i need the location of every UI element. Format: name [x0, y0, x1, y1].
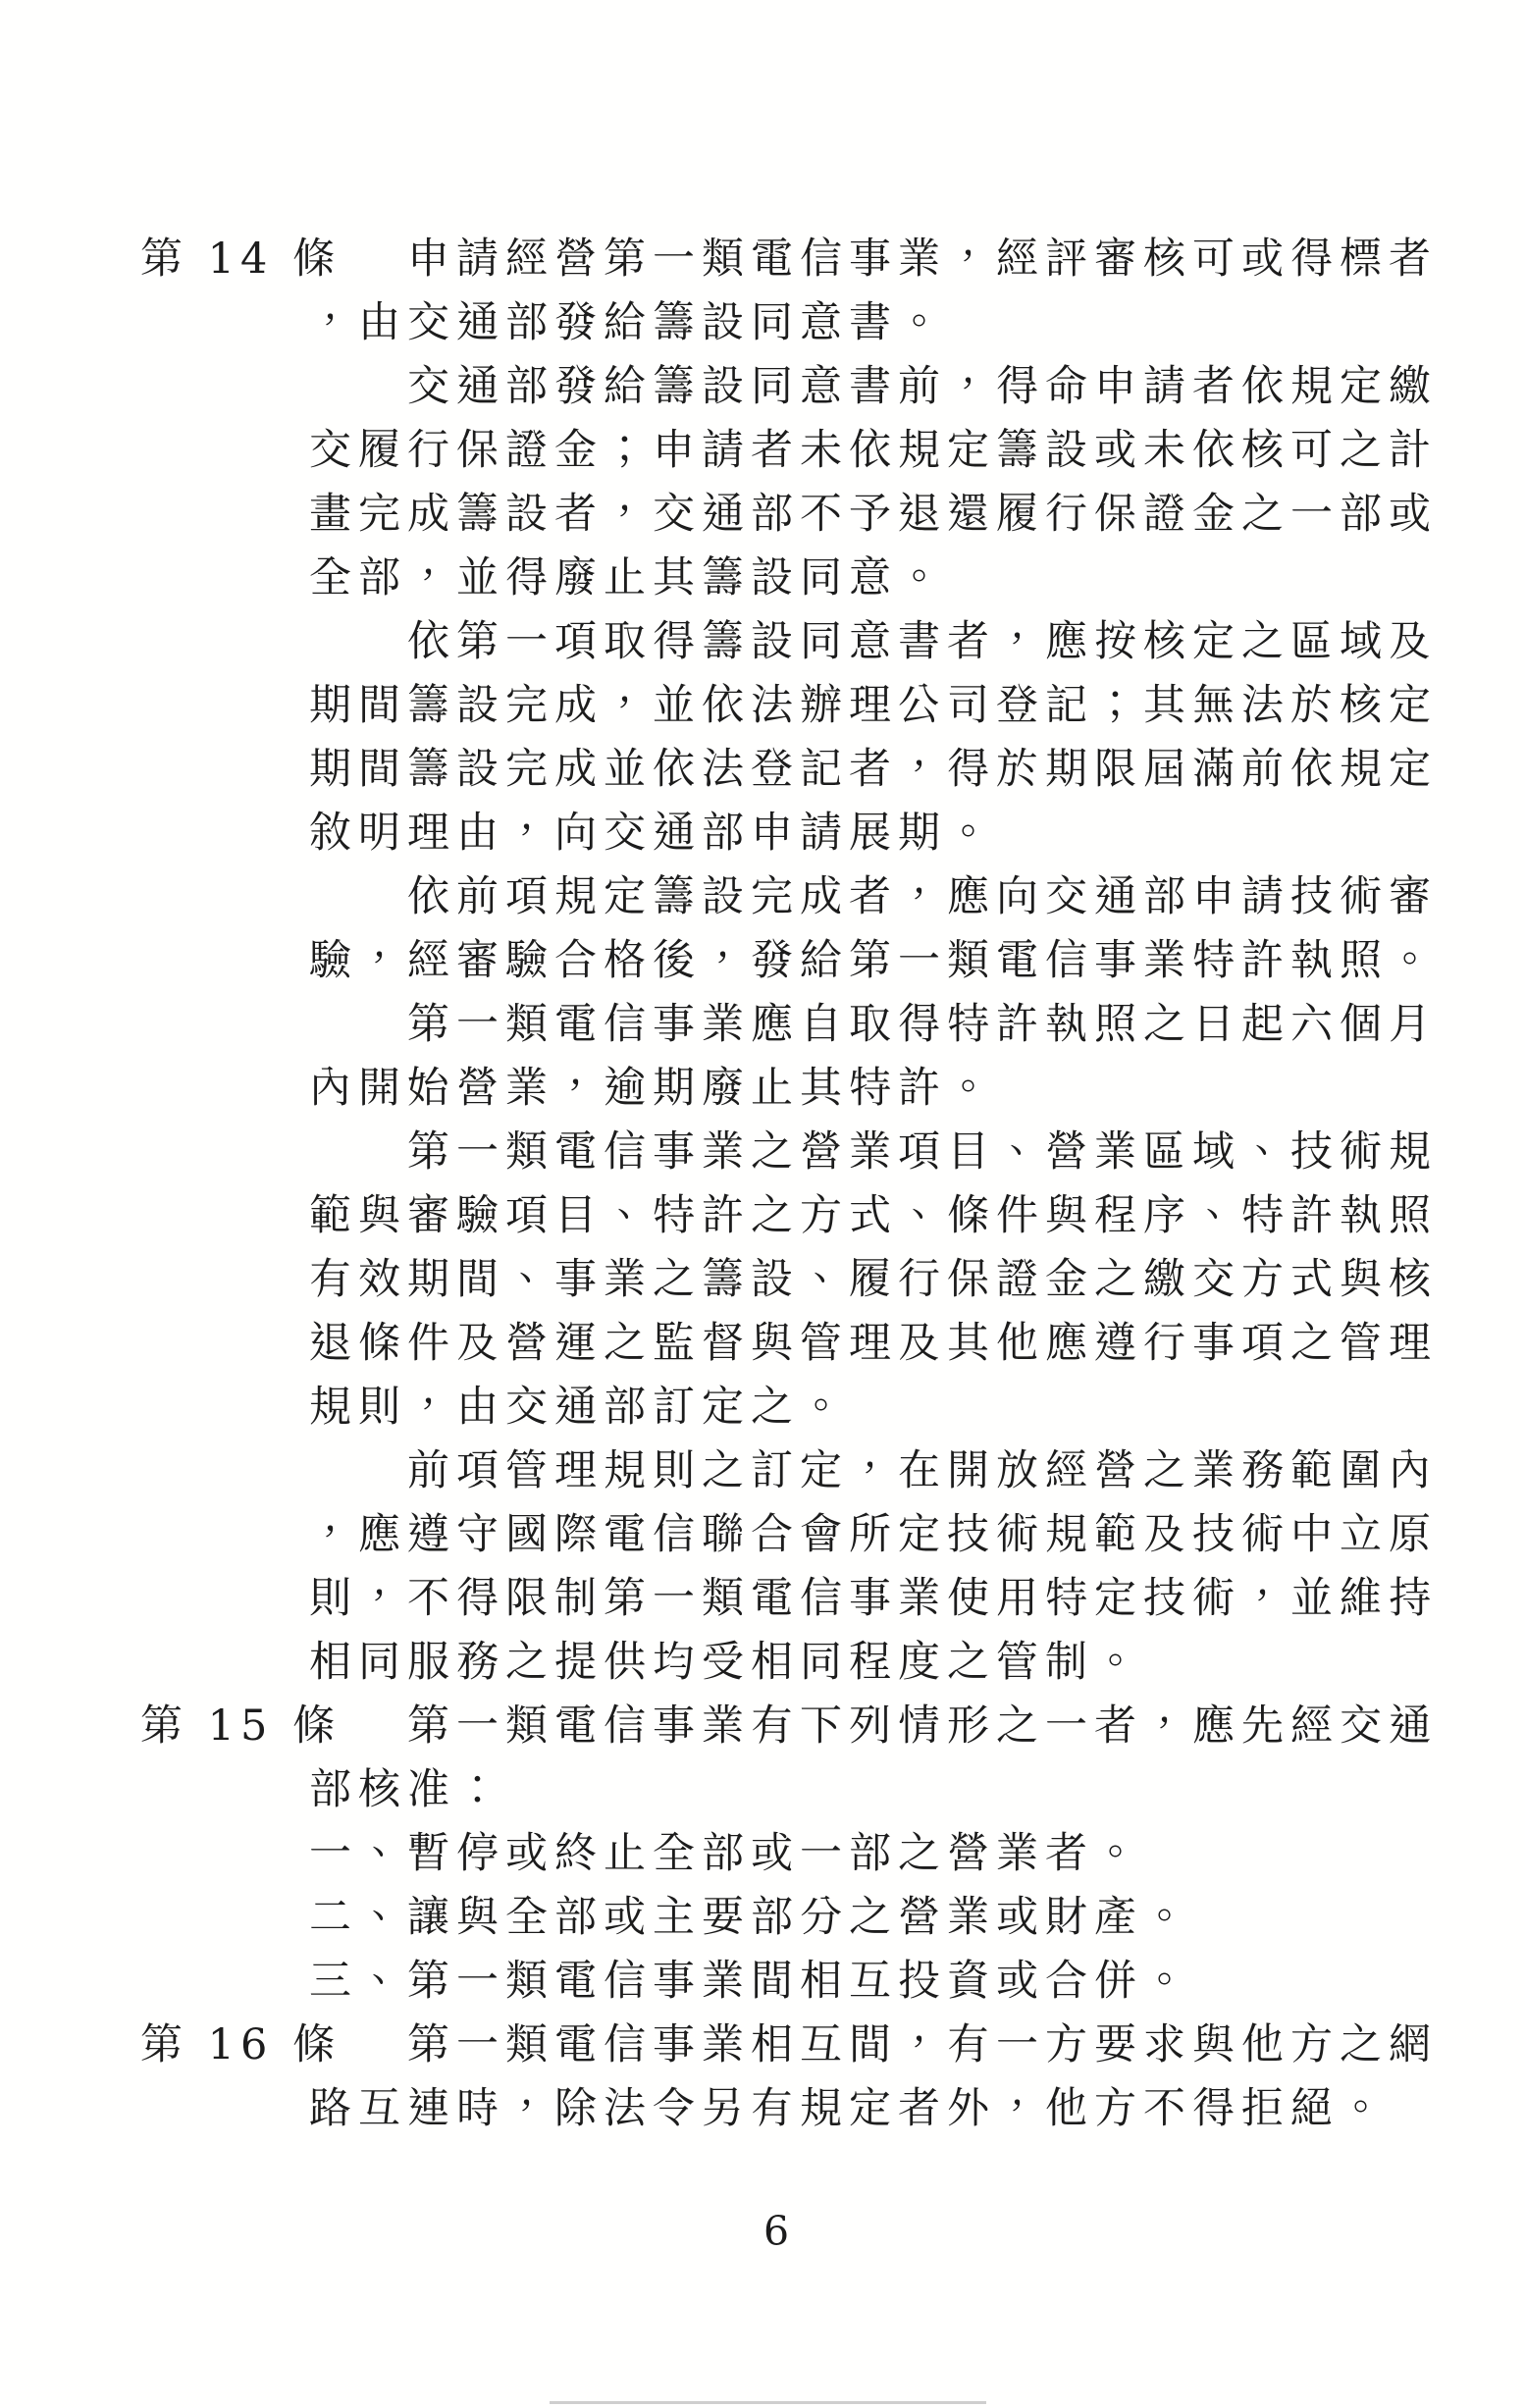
line-text: 第一類電信事業應自取得特許執照之日起六個月	[407, 993, 1525, 1057]
text-line: 第一類電信事業應自取得特許執照之日起六個月	[0, 993, 1525, 1057]
text-line: 畫完成籌設者，交通部不予退還履行保證金之一部或	[0, 483, 1525, 547]
line-text: ，由交通部發給籌設同意書。	[309, 291, 1525, 355]
line-text: 申請經營第一類電信事業，經評審核可或得標者	[407, 228, 1525, 291]
text-line: 交通部發給籌設同意書前，得命申請者依規定繳	[0, 355, 1525, 419]
text-line: 交履行保證金；申請者未依規定籌設或未依核可之計	[0, 419, 1525, 483]
line-text: 退條件及營運之監督與管理及其他應遵行事項之管理	[309, 1312, 1525, 1376]
line-text: 期間籌設完成並依法登記者，得於期限屆滿前依規定	[309, 738, 1525, 802]
law-text-block: 第 14 條 申請經營第一類電信事業，經評審核可或得標者 ，由交通部發給籌設同意…	[0, 228, 1525, 2141]
article-number-label: 第 14 條	[140, 228, 341, 291]
text-line: 前項管理規則之訂定，在開放經營之業務範圍內	[0, 1440, 1525, 1503]
line-text: 第一類電信事業有下列情形之一者，應先經交通	[407, 1695, 1525, 1758]
text-line: 第 14 條 申請經營第一類電信事業，經評審核可或得標者	[0, 228, 1525, 291]
text-line: 部核准：	[0, 1758, 1525, 1822]
text-line: 一、暫停或終止全部或一部之營業者。	[0, 1822, 1525, 1886]
line-text: ，應遵守國際電信聯合會所定技術規範及技術中立原	[309, 1503, 1525, 1567]
line-text: 全部，並得廢止其籌設同意。	[309, 547, 1525, 610]
text-line: 內開始營業，逾期廢止其特許。	[0, 1057, 1525, 1121]
page-number: 6	[14, 2202, 1525, 2261]
line-text: 前項管理規則之訂定，在開放經營之業務範圍內	[407, 1440, 1525, 1503]
line-text: 驗，經審驗合格後，發給第一類電信事業特許執照。	[309, 929, 1525, 993]
line-text: 畫完成籌設者，交通部不予退還履行保證金之一部或	[309, 483, 1525, 547]
text-line: 依第一項取得籌設同意書者，應按核定之區域及	[0, 610, 1525, 674]
text-line: 路互連時，除法令另有規定者外，他方不得拒絕。	[0, 2077, 1525, 2141]
line-text: 依前項規定籌設完成者，應向交通部申請技術審	[407, 865, 1525, 929]
line-text: 期間籌設完成，並依法辦理公司登記；其無法於核定	[309, 674, 1525, 738]
line-text: 交通部發給籌設同意書前，得命申請者依規定繳	[407, 355, 1525, 419]
line-text: 二、讓與全部或主要部分之營業或財產。	[309, 1886, 1525, 1950]
line-text: 一、暫停或終止全部或一部之營業者。	[309, 1822, 1525, 1886]
text-line: 第一類電信事業之營業項目、營業區域、技術規	[0, 1121, 1525, 1184]
article-number-label: 第 16 條	[140, 2014, 341, 2077]
line-text: 內開始營業，逾期廢止其特許。	[309, 1057, 1525, 1121]
line-text: 依第一項取得籌設同意書者，應按核定之區域及	[407, 610, 1525, 674]
text-line: 三、第一類電信事業間相互投資或合併。	[0, 1950, 1525, 2014]
document-page: 第 14 條 申請經營第一類電信事業，經評審核可或得標者 ，由交通部發給籌設同意…	[0, 0, 1525, 2408]
text-line: 全部，並得廢止其籌設同意。	[0, 547, 1525, 610]
text-line: 範與審驗項目、特許之方式、條件與程序、特許執照	[0, 1184, 1525, 1248]
text-line: 第 15 條 第一類電信事業有下列情形之一者，應先經交通	[0, 1695, 1525, 1758]
line-text: 敘明理由，向交通部申請展期。	[309, 802, 1525, 865]
text-line: 有效期間、事業之籌設、履行保證金之繳交方式與核	[0, 1248, 1525, 1312]
line-text: 路互連時，除法令另有規定者外，他方不得拒絕。	[309, 2077, 1525, 2141]
text-line: 第 16 條 第一類電信事業相互間，有一方要求與他方之網	[0, 2014, 1525, 2077]
article-number-label: 第 15 條	[140, 1695, 341, 1758]
text-line: 驗，經審驗合格後，發給第一類電信事業特許執照。	[0, 929, 1525, 993]
text-line: 規則，由交通部訂定之。	[0, 1376, 1525, 1440]
text-line: 期間籌設完成，並依法辦理公司登記；其無法於核定	[0, 674, 1525, 738]
text-line: 依前項規定籌設完成者，應向交通部申請技術審	[0, 865, 1525, 929]
text-line: 相同服務之提供均受相同程度之管制。	[0, 1631, 1525, 1695]
line-text: 第一類電信事業之營業項目、營業區域、技術規	[407, 1121, 1525, 1184]
line-text: 有效期間、事業之籌設、履行保證金之繳交方式與核	[309, 1248, 1525, 1312]
text-line: ，由交通部發給籌設同意書。	[0, 291, 1525, 355]
line-text: 規則，由交通部訂定之。	[309, 1376, 1525, 1440]
line-text: 範與審驗項目、特許之方式、條件與程序、特許執照	[309, 1184, 1525, 1248]
line-text: 第一類電信事業相互間，有一方要求與他方之網	[407, 2014, 1525, 2077]
scan-artifact-line	[550, 2401, 986, 2404]
text-line: 期間籌設完成並依法登記者，得於期限屆滿前依規定	[0, 738, 1525, 802]
line-text: 部核准：	[309, 1758, 1525, 1822]
line-text: 相同服務之提供均受相同程度之管制。	[309, 1631, 1525, 1695]
line-text: 交履行保證金；申請者未依規定籌設或未依核可之計	[309, 419, 1525, 483]
line-text: 則，不得限制第一類電信事業使用特定技術，並維持	[309, 1567, 1525, 1631]
text-line: ，應遵守國際電信聯合會所定技術規範及技術中立原	[0, 1503, 1525, 1567]
text-line: 敘明理由，向交通部申請展期。	[0, 802, 1525, 865]
text-line: 二、讓與全部或主要部分之營業或財產。	[0, 1886, 1525, 1950]
line-text: 三、第一類電信事業間相互投資或合併。	[309, 1950, 1525, 2014]
text-line: 退條件及營運之監督與管理及其他應遵行事項之管理	[0, 1312, 1525, 1376]
text-line: 則，不得限制第一類電信事業使用特定技術，並維持	[0, 1567, 1525, 1631]
